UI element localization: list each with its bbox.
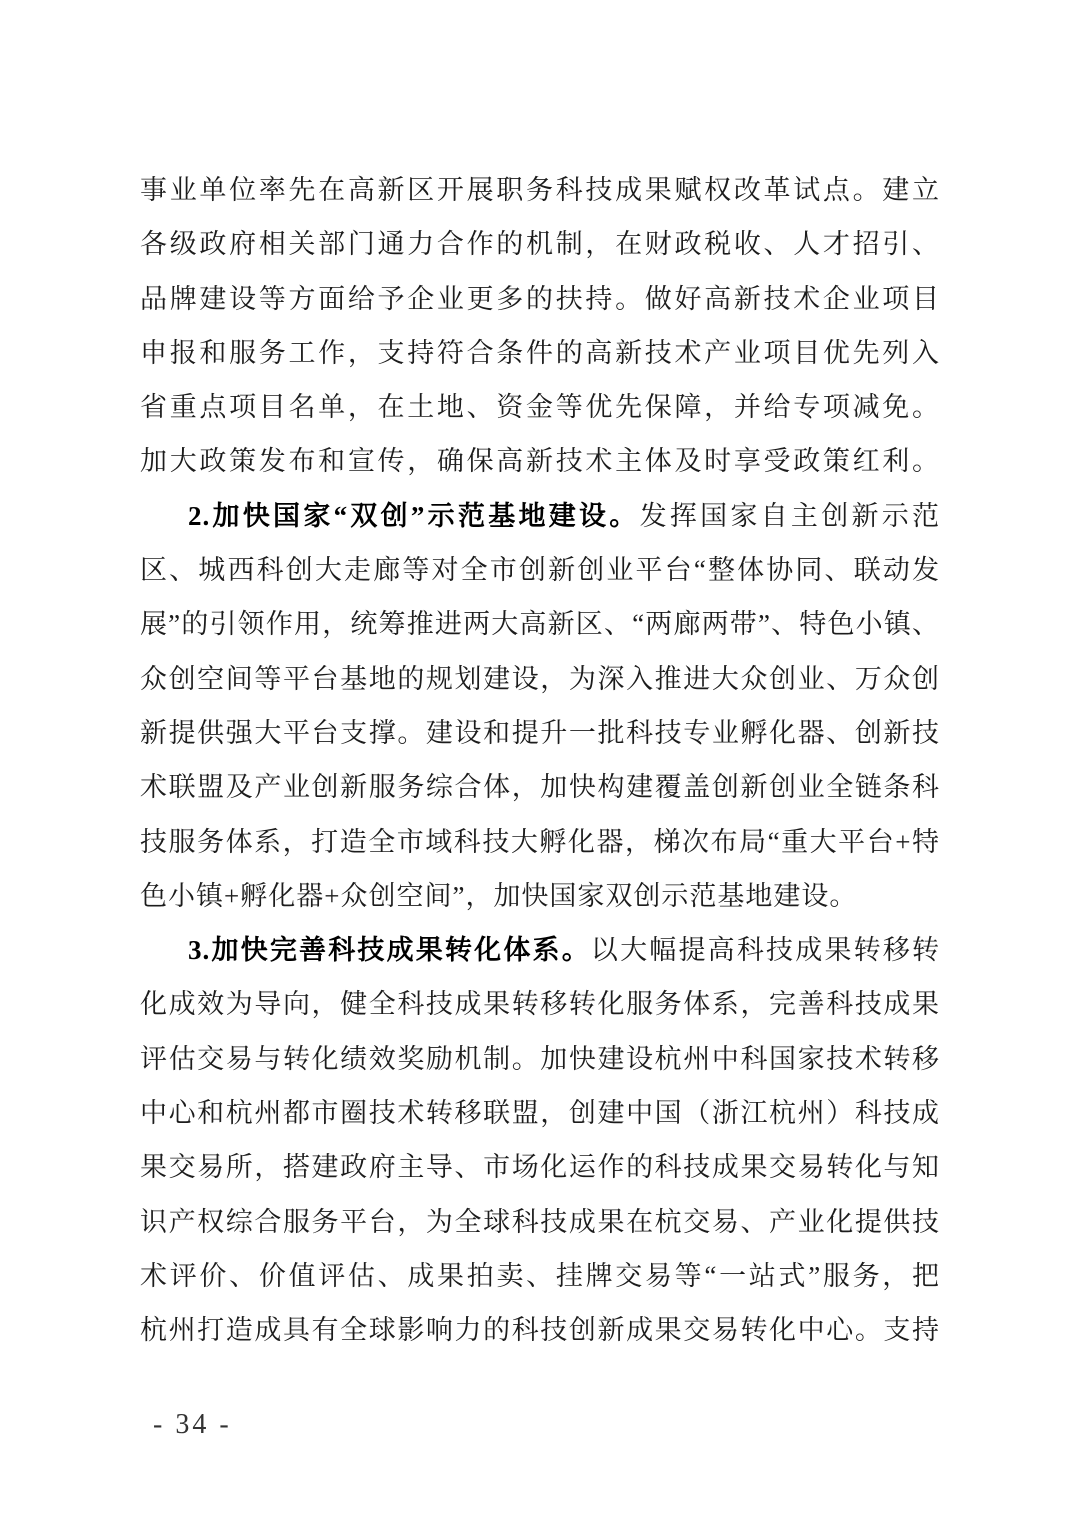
paragraph-heading: 3.加快完善科技成果转化体系。: [188, 935, 591, 965]
text-line: 事业单位率先在高新区开展职务科技成果赋权改革试点。建立: [140, 163, 940, 217]
text-line: 众创空间等平台基地的规划建设，为深入推进大众创业、万众创: [140, 652, 940, 706]
text-line: 中心和杭州都市圈技术转移联盟，创建中国（浙江杭州）科技成: [140, 1086, 940, 1140]
line-text: 果交易所，搭建政府主导、市场化运作的科技成果交易转化与知: [140, 1152, 940, 1182]
text-line: 品牌建设等方面给予企业更多的扶持。做好高新技术企业项目: [140, 272, 940, 326]
text-line: 2.加快国家“双创”示范基地建设。发挥国家自主创新示范: [140, 489, 940, 543]
text-line: 果交易所，搭建政府主导、市场化运作的科技成果交易转化与知: [140, 1140, 940, 1194]
paragraph-heading: 2.加快国家“双创”示范基地建设。: [188, 501, 640, 531]
text-line: 杭州打造成具有全球影响力的科技创新成果交易转化中心。支持: [140, 1303, 940, 1357]
text-line: 色小镇+孵化器+众创空间”，加快国家双创示范基地建设。: [140, 869, 940, 923]
line-text: 申报和服务工作，支持符合条件的高新技术产业项目优先列入: [140, 338, 940, 368]
text-line: 化成效为导向，健全科技成果转移转化服务体系，完善科技成果: [140, 977, 940, 1031]
line-text: 发挥国家自主创新示范: [640, 501, 940, 531]
text-line: 申报和服务工作，支持符合条件的高新技术产业项目优先列入: [140, 326, 940, 380]
text-line: 3.加快完善科技成果转化体系。以大幅提高科技成果转移转: [140, 923, 940, 977]
line-text: 各级政府相关部门通力合作的机制，在财政税收、人才招引、: [140, 229, 940, 259]
line-text: 技服务体系，打造全市域科技大孵化器，梯次布局“重大平台+特: [140, 827, 940, 857]
line-text: 杭州打造成具有全球影响力的科技创新成果交易转化中心。支持: [140, 1315, 940, 1345]
text-line: 加大政策发布和宣传，确保高新技术主体及时享受政策红利。: [140, 434, 940, 488]
line-text: 品牌建设等方面给予企业更多的扶持。做好高新技术企业项目: [140, 284, 940, 314]
line-text: 识产权综合服务平台，为全球科技成果在杭交易、产业化提供技: [140, 1207, 940, 1237]
line-text: 区、城西科创大走廊等对全市创新创业平台“整体协同、联动发: [140, 555, 940, 585]
line-text: 加大政策发布和宣传，确保高新技术主体及时享受政策红利。: [140, 446, 940, 476]
text-line: 术评价、价值评估、成果拍卖、挂牌交易等“一站式”服务，把: [140, 1249, 940, 1303]
text-line: 识产权综合服务平台，为全球科技成果在杭交易、产业化提供技: [140, 1195, 940, 1249]
line-text: 众创空间等平台基地的规划建设，为深入推进大众创业、万众创: [140, 664, 940, 694]
line-text: 中心和杭州都市圈技术转移联盟，创建中国（浙江杭州）科技成: [140, 1098, 940, 1128]
document-page: 事业单位率先在高新区开展职务科技成果赋权改革试点。建立各级政府相关部门通力合作的…: [0, 0, 1080, 1527]
line-text: 术评价、价值评估、成果拍卖、挂牌交易等“一站式”服务，把: [140, 1261, 940, 1291]
text-line: 新提供强大平台支撑。建设和提升一批科技专业孵化器、创新技: [140, 706, 940, 760]
line-text: 展”的引领作用，统筹推进两大高新区、“两廊两带”、特色小镇、: [140, 609, 940, 639]
line-text: 评估交易与转化绩效奖励机制。加快建设杭州中科国家技术转移: [140, 1044, 940, 1074]
text-line: 评估交易与转化绩效奖励机制。加快建设杭州中科国家技术转移: [140, 1032, 940, 1086]
line-text: 术联盟及产业创新服务综合体，加快构建覆盖创新创业全链条科: [140, 772, 940, 802]
line-text: 新提供强大平台支撑。建设和提升一批科技专业孵化器、创新技: [140, 718, 940, 748]
line-text: 以大幅提高科技成果转移转: [591, 935, 940, 965]
text-line: 区、城西科创大走廊等对全市创新创业平台“整体协同、联动发: [140, 543, 940, 597]
text-line: 省重点项目名单，在土地、资金等优先保障，并给专项减免。: [140, 380, 940, 434]
text-line: 各级政府相关部门通力合作的机制，在财政税收、人才招引、: [140, 217, 940, 271]
text-block: 事业单位率先在高新区开展职务科技成果赋权改革试点。建立各级政府相关部门通力合作的…: [140, 163, 940, 1358]
text-line: 技服务体系，打造全市域科技大孵化器，梯次布局“重大平台+特: [140, 815, 940, 869]
line-text: 色小镇+孵化器+众创空间”，加快国家双创示范基地建设。: [140, 881, 857, 911]
line-text: 化成效为导向，健全科技成果转移转化服务体系，完善科技成果: [140, 989, 940, 1019]
text-line: 术联盟及产业创新服务综合体，加快构建覆盖创新创业全链条科: [140, 760, 940, 814]
line-text: 事业单位率先在高新区开展职务科技成果赋权改革试点。建立: [140, 175, 940, 205]
page-number: - 34 -: [153, 1405, 232, 1445]
line-text: 省重点项目名单，在土地、资金等优先保障，并给专项减免。: [140, 392, 940, 422]
text-line: 展”的引领作用，统筹推进两大高新区、“两廊两带”、特色小镇、: [140, 597, 940, 651]
